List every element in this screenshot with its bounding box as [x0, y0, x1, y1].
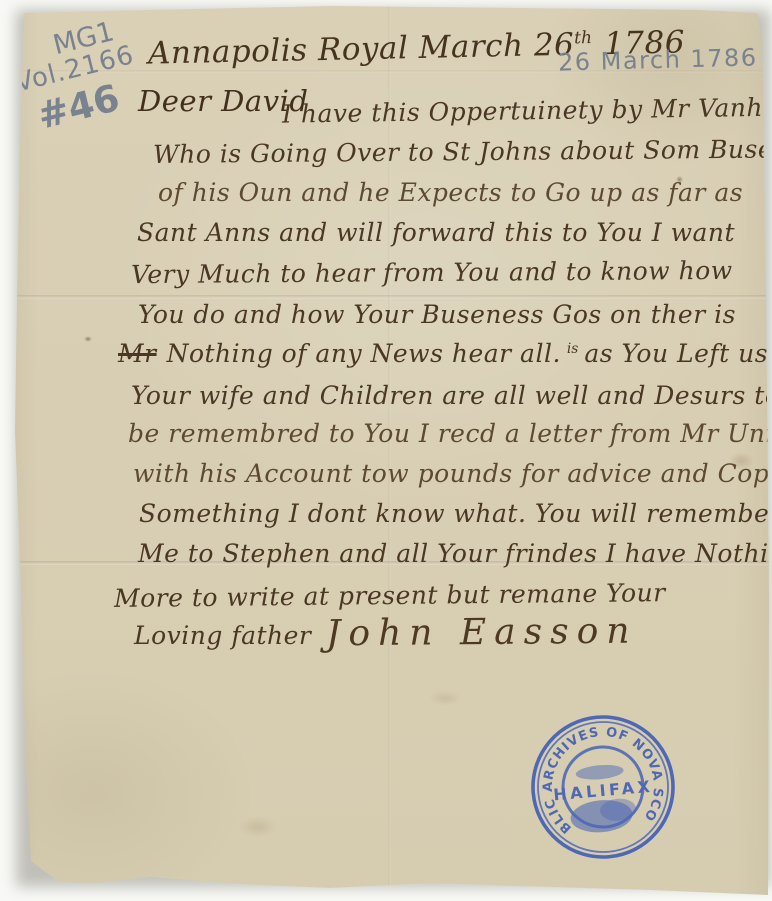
letter-line-with-strikeout: MrNothing of any News hear all.isas You … — [118, 339, 768, 368]
dateline-text: Annapolis Royal March 26 — [148, 27, 575, 72]
letter-line: Me to Stephen and all Your frindes I hav… — [138, 539, 772, 568]
letter-line: Very Much to hear from You and to know h… — [131, 256, 733, 289]
letter-line: of his Oun and he Expects to Go up as fa… — [158, 178, 743, 207]
letter-paper: MG1 Vol.2166 #46 Annapolis Royal March 2… — [0, 0, 772, 901]
letter-line: Who is Going Over to St Johns about Som … — [153, 134, 772, 169]
letter-signature: John Easson — [326, 611, 638, 655]
letter-line: be remembred to You I recd a letter from… — [128, 419, 772, 448]
letter-line: You do and how Your Buseness Gos on ther… — [138, 300, 736, 329]
fold-crease-upper — [0, 295, 772, 299]
archive-reference-annotation: MG1 Vol.2166 #46 — [6, 15, 148, 140]
letter-line: with his Account tow pounds for advice a… — [133, 459, 772, 488]
letter-line: Sant Anns and will forward this to You I… — [137, 218, 735, 247]
paper-stain — [428, 690, 462, 706]
superscript-insertion: is — [567, 341, 578, 357]
fold-crease-vertical — [388, 0, 391, 901]
paper-stain — [238, 816, 278, 838]
letter-line-text: as You Left us — [584, 339, 768, 368]
letter-closing: Loving father — [134, 621, 311, 650]
letter-line-text: Nothing of any News hear all. — [167, 339, 561, 368]
struck-word: Mr — [118, 339, 157, 368]
ink-fleck — [84, 336, 92, 342]
dateline-ordinal: th — [574, 28, 592, 48]
letter-line: Your wife and Children are all well and … — [131, 381, 772, 410]
archives-stamp: PUBLIC ARCHIVES OF NOVA SCOTIA HALIFAX — [522, 706, 685, 869]
pencil-date-annotation: 26 March 1786 — [558, 43, 758, 76]
stamp-smudge-top — [575, 763, 624, 781]
letter-line-opening: I have this Oppertuinety by Mr Vanhorn — [282, 92, 772, 128]
letter-line: More to write at present but remane Your — [114, 578, 666, 613]
letter-line: Something I dont know what. You will rem… — [139, 499, 772, 528]
